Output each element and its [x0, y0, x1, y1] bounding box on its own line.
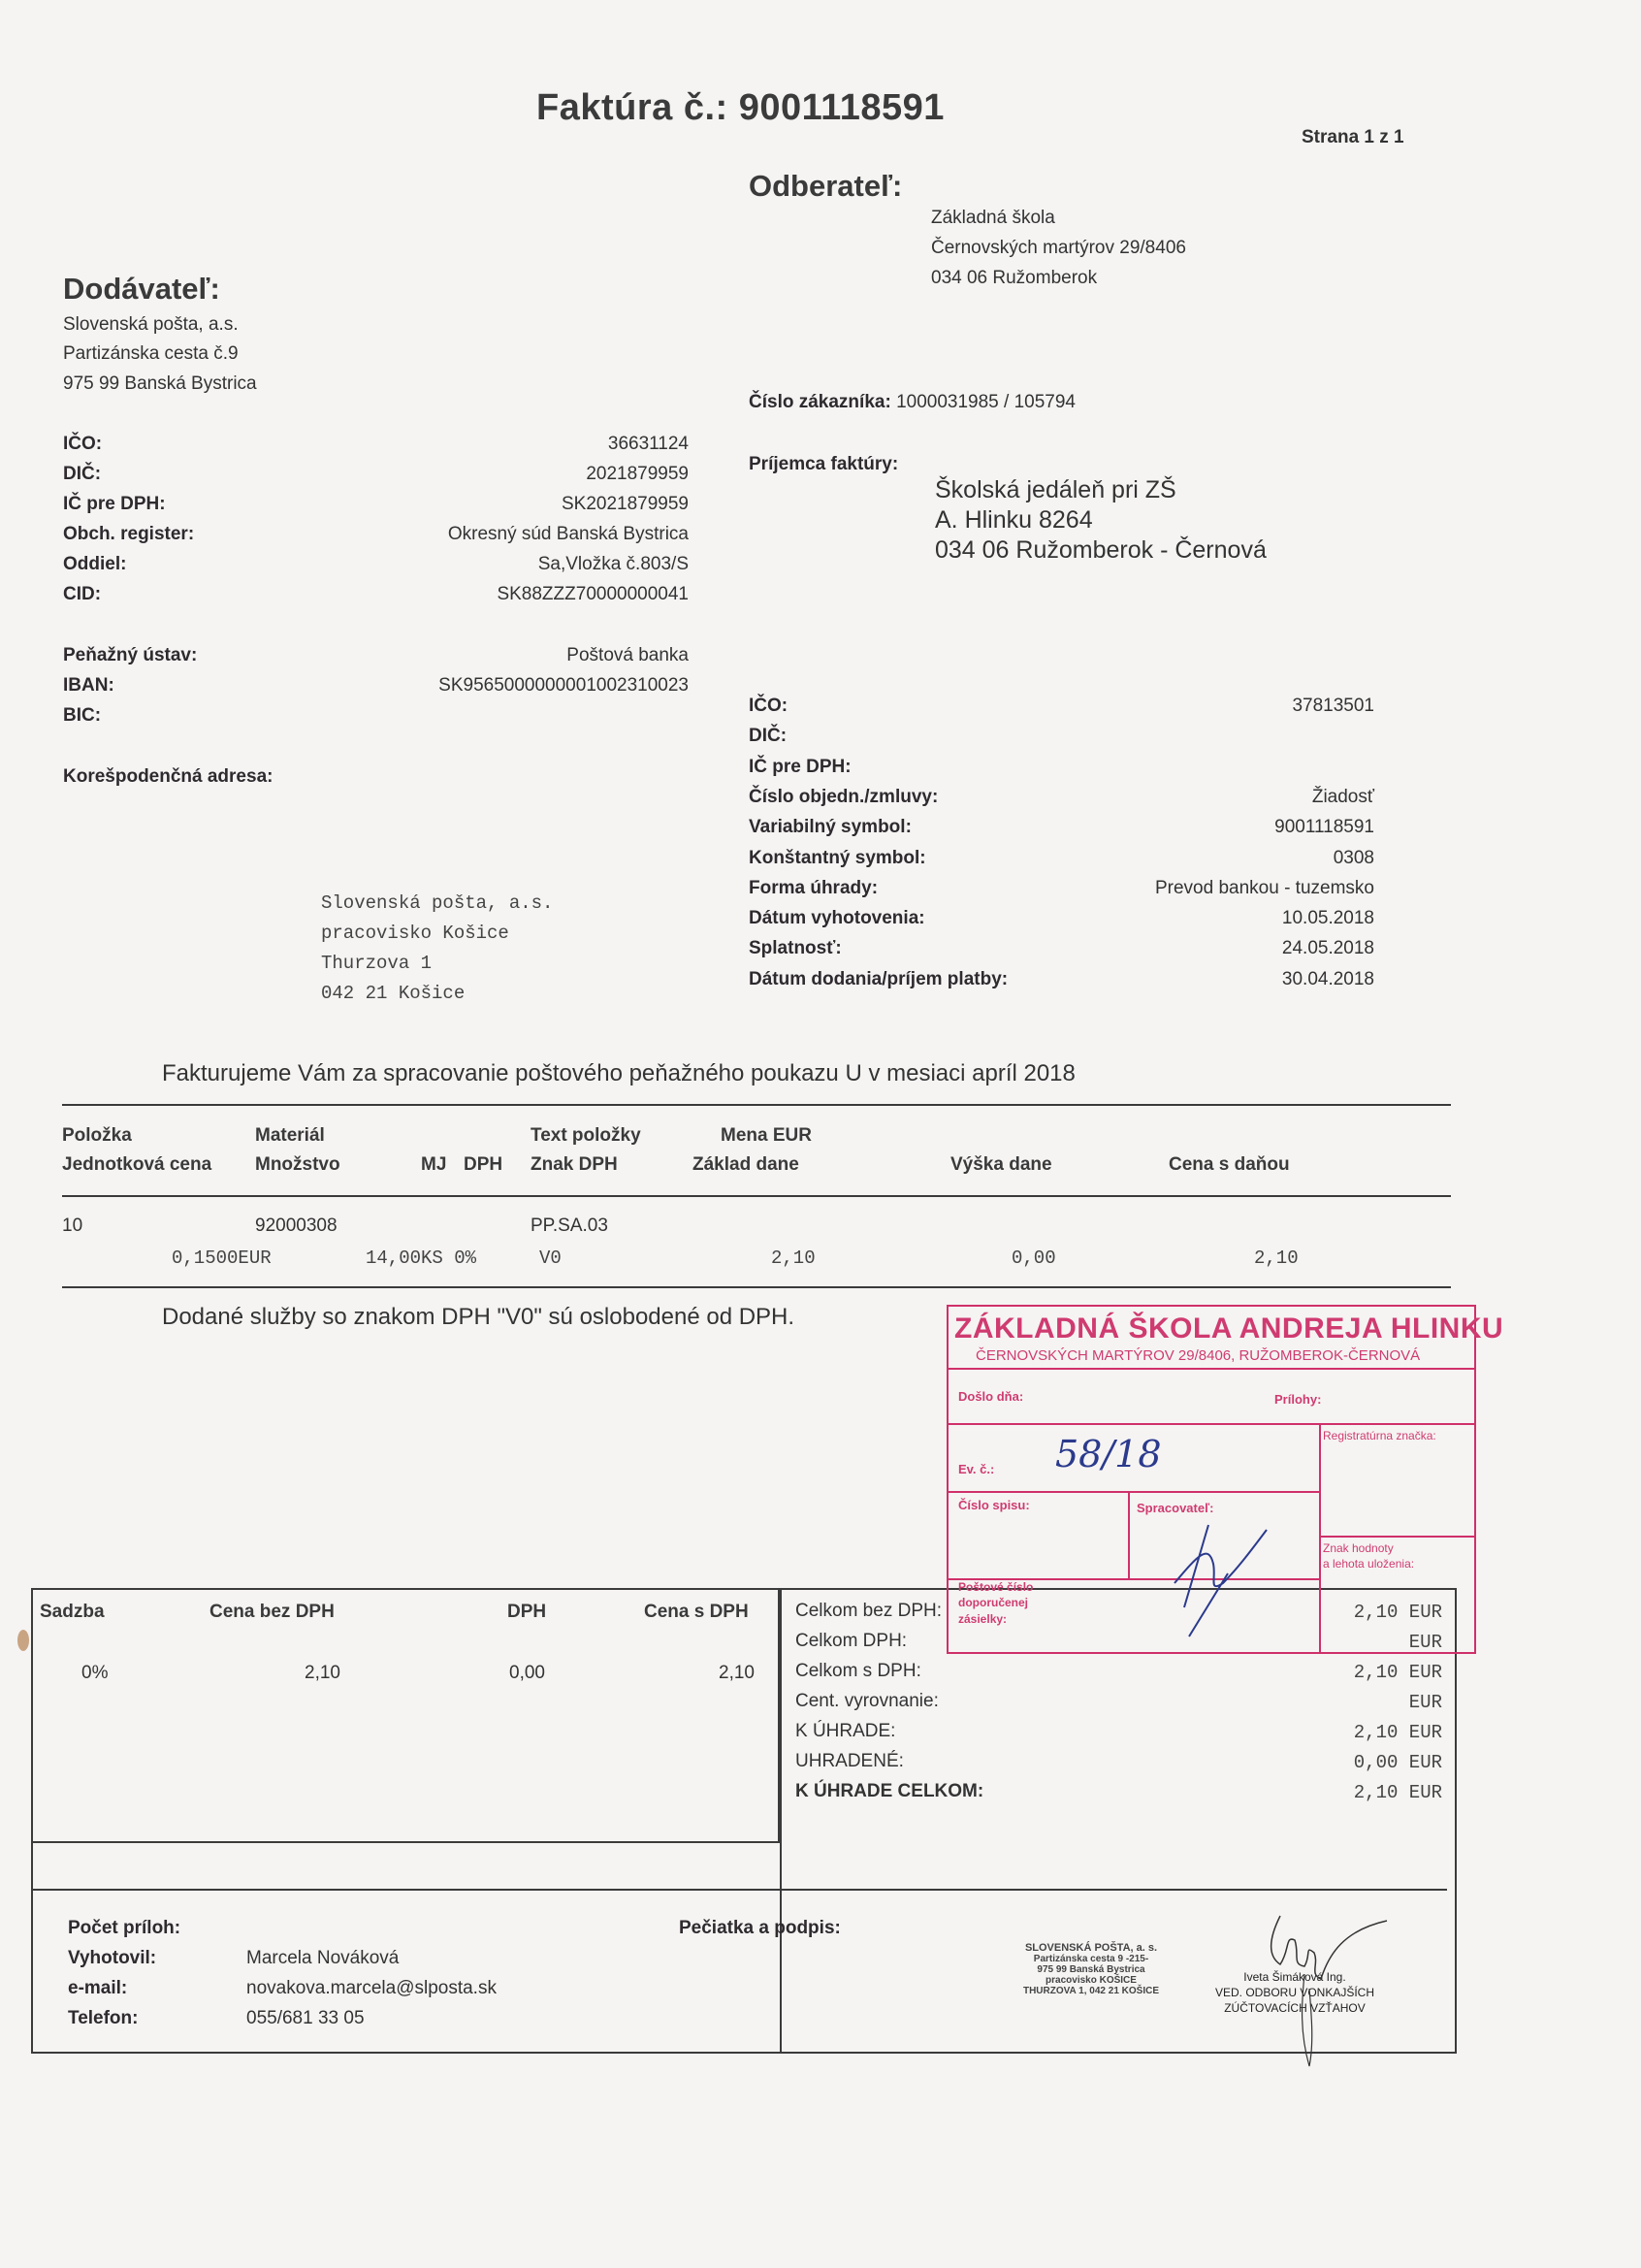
customer-number: Číslo zákazníka: 1000031985 / 105794 [749, 392, 1076, 413]
stamp-divider [1319, 1536, 1474, 1538]
item-tax-base: 2,10 [771, 1247, 816, 1269]
totals-label: Celkom DPH: [795, 1631, 907, 1652]
customer-field-label: IČO: [749, 696, 788, 717]
bank-field-row: BIC: [63, 705, 689, 727]
bank-field-label: IBAN: [63, 675, 114, 697]
totals-label: UHRADENÉ: [795, 1751, 904, 1772]
item-tax-amount: 0,00 [1012, 1247, 1056, 1269]
paper-stain [17, 1630, 29, 1651]
company-stamp-line: pracovisko KOŠICE [1004, 1975, 1178, 1986]
correspondence-line: pracovisko Košice [321, 923, 509, 944]
customer-field-row: Dátum dodania/príjem platby:30.04.2018 [749, 969, 1374, 990]
col-header-vat-code: Znak DPH [531, 1154, 618, 1176]
stamp-title: ZÁKLADNÁ ŠKOLA ANDREJA HLINKU [954, 1312, 1503, 1345]
stamp-registry-label: Registratúrna značka: [1323, 1429, 1436, 1442]
supplier-field-value: SK88ZZZ70000000041 [497, 584, 689, 605]
supplier-field-row: IČO:36631124 [63, 434, 689, 455]
issued-by-label: Vyhotovil: [68, 1948, 156, 1969]
customer-field-label: DIČ: [749, 726, 787, 747]
stamp-subtitle: ČERNOVSKÝCH MARTÝROV 29/8406, RUŽOMBEROK… [976, 1347, 1420, 1364]
customer-field-label: IČ pre DPH: [749, 757, 852, 778]
supplier-field-value: Sa,Vložka č.803/S [538, 554, 689, 575]
stamp-file-label: Číslo spisu: [958, 1498, 1030, 1512]
supplier-field-label: Oddiel: [63, 554, 126, 575]
stamp-registered-label: zásielky: [958, 1612, 1007, 1626]
supplier-field-row: IČ pre DPH:SK2021879959 [63, 494, 689, 515]
stamp-divider [949, 1423, 1474, 1425]
customer-field-label: Dátum vyhotovenia: [749, 908, 925, 929]
stamp-retention-label: Znak hodnoty [1323, 1541, 1394, 1555]
customer-field-row: Číslo objedn./zmluvy:Žiadosť [749, 787, 1374, 808]
correspondence-line: Thurzova 1 [321, 953, 432, 974]
totals-value: 2,10 EUR [1354, 1722, 1442, 1743]
stamp-divider [949, 1491, 1319, 1493]
customer-field-value: 30.04.2018 [1282, 969, 1374, 990]
supplier-field-row: Oddiel:Sa,Vložka č.803/S [63, 554, 689, 575]
supplier-field-row: Obch. register:Okresný súd Banská Bystri… [63, 524, 689, 545]
item-price-with-tax: 2,10 [1254, 1247, 1299, 1269]
stamp-divider [1319, 1423, 1321, 1652]
stamp-processor-label: Spracovateľ: [1137, 1501, 1213, 1515]
customer-field-label: Variabilný symbol: [749, 817, 912, 838]
customer-line: 034 06 Ružomberok [931, 268, 1097, 289]
correspondence-line: 042 21 Košice [321, 983, 465, 1004]
stamp-received-label: Došlo dňa: [958, 1389, 1023, 1404]
bank-field-label: Peňažný ústav: [63, 645, 197, 666]
issued-by: Marcela Nováková [246, 1948, 399, 1969]
correspondence-label: Korešpodenčná adresa: [63, 766, 273, 788]
recipient-line: 034 06 Ružomberok - Černová [935, 536, 1267, 565]
customer-field-row: Dátum vyhotovenia:10.05.2018 [749, 908, 1374, 929]
bank-field-value: Poštová banka [566, 645, 689, 666]
supplier-field-label: DIČ: [63, 464, 101, 485]
signature-scribble [1251, 1896, 1406, 2081]
supplier-field-label: IČO: [63, 434, 102, 455]
company-stamp-line: Partizánska cesta 9 -215- [1004, 1954, 1178, 1964]
company-stamp: SLOVENSKÁ POŠTA, a. s. Partizánska cesta… [1004, 1943, 1178, 1996]
supplier-field-row: CID:SK88ZZZ70000000041 [63, 584, 689, 605]
supplier-field-label: Obch. register: [63, 524, 194, 545]
correspondence-line: Slovenská pošta, a.s. [321, 892, 553, 914]
supplier-heading: Dodávateľ: [63, 272, 220, 307]
customer-field-value: 10.05.2018 [1282, 908, 1374, 929]
totals-label: K ÚHRADE: [795, 1721, 895, 1742]
company-stamp-line: THURZOVA 1, 042 21 KOŠICE [1004, 1986, 1178, 1996]
customer-line: Černovských martýrov 29/8406 [931, 238, 1186, 259]
phone-label: Telefon: [68, 2008, 138, 2029]
supplier-line: Partizánska cesta č.9 [63, 343, 239, 365]
divider [62, 1286, 1451, 1288]
customer-field-value: 0308 [1334, 848, 1374, 869]
supplier-field-value: 36631124 [608, 434, 689, 455]
item-material: 92000308 [255, 1215, 338, 1237]
customer-number-value: 1000031985 / 105794 [896, 392, 1076, 412]
totals-label: Celkom bez DPH: [795, 1601, 942, 1622]
customer-field-row: IČ pre DPH: [749, 757, 1374, 778]
item-vat-code: V0 [539, 1247, 562, 1269]
customer-field-row: Variabilný symbol:9001118591 [749, 817, 1374, 838]
customer-field-value: 24.05.2018 [1282, 938, 1374, 959]
recipient-label: Príjemca faktúry: [749, 454, 898, 475]
col-header-currency: Mena EUR [721, 1125, 812, 1147]
stamp-ev-value: 58/18 [1055, 1433, 1162, 1475]
stamp-retention-label: a lehota uloženia: [1323, 1557, 1414, 1571]
footer-divider [31, 1889, 1447, 1891]
supplier-field-value: Okresný súd Banská Bystrica [448, 524, 689, 545]
intro-text: Fakturujeme Vám za spracovanie poštového… [162, 1060, 1076, 1087]
col-header-quantity: Množstvo [255, 1154, 340, 1176]
bank-field-value: SK9565000000001002310023 [438, 675, 689, 697]
stamp-registered-label: doporučenej [958, 1596, 1028, 1609]
page-indicator: Strana 1 z 1 [1302, 127, 1404, 148]
vat-note: Dodané služby so znakom DPH "V0" sú oslo… [162, 1304, 794, 1331]
processor-signature [1170, 1515, 1276, 1641]
customer-field-value: Prevod bankou - tuzemsko [1155, 878, 1374, 899]
company-stamp-line: SLOVENSKÁ POŠTA, a. s. [1004, 1943, 1178, 1954]
col-header-material: Materiál [255, 1125, 325, 1147]
supplier-field-row: DIČ:2021879959 [63, 464, 689, 485]
supplier-field-label: CID: [63, 584, 101, 605]
invoice-title: Faktúra č.: 9001118591 [536, 87, 945, 129]
bank-field-row: IBAN:SK9565000000001002310023 [63, 675, 689, 697]
phone: 055/681 33 05 [246, 2008, 365, 2029]
stamp-ev-label: Ev. č.: [958, 1462, 994, 1476]
totals-value: EUR [1409, 1692, 1442, 1713]
totals-label: Cent. vyrovnanie: [795, 1691, 939, 1712]
col-header-dph: DPH [464, 1154, 502, 1176]
totals-value: 0,00 EUR [1354, 1752, 1442, 1773]
bank-field-label: BIC: [63, 705, 101, 727]
col-header-mj: MJ [421, 1154, 446, 1176]
customer-field-row: DIČ: [749, 726, 1374, 747]
stamp-registered-label: Poštové číslo [958, 1580, 1033, 1594]
customer-field-row: Forma úhrady:Prevod bankou - tuzemsko [749, 878, 1374, 899]
totals-value: 2,10 EUR [1354, 1782, 1442, 1803]
customer-heading: Odberateľ: [749, 169, 902, 204]
col-header-tax-amount: Výška dane [950, 1154, 1052, 1176]
recipient-line: A. Hlinku 8264 [935, 506, 1093, 535]
attachments-label: Počet príloh: [68, 1918, 180, 1939]
item-position: 10 [62, 1215, 82, 1237]
stamp-divider [949, 1368, 1474, 1370]
divider [62, 1104, 1451, 1106]
supplier-field-value: SK2021879959 [562, 494, 689, 515]
totals-label: Celkom s DPH: [795, 1661, 921, 1682]
totals-value: 2,10 EUR [1354, 1662, 1442, 1683]
divider [62, 1195, 1451, 1197]
col-header-polozka: Položka [62, 1125, 132, 1147]
col-header-tax-base: Základ dane [692, 1154, 799, 1176]
supplier-field-label: IČ pre DPH: [63, 494, 166, 515]
received-stamp: ZÁKLADNÁ ŠKOLA ANDREJA HLINKU ČERNOVSKÝC… [947, 1305, 1476, 1654]
recipient-line: Školská jedáleň pri ZŠ [935, 476, 1176, 504]
item-quantity: 14,00KS 0% [366, 1247, 476, 1269]
customer-line: Základná škola [931, 208, 1055, 229]
totals-label: K ÚHRADE CELKOM: [795, 1781, 983, 1802]
customer-field-label: Číslo objedn./zmluvy: [749, 787, 938, 808]
supplier-field-value: 2021879959 [586, 464, 689, 485]
supplier-line: 975 99 Banská Bystrica [63, 373, 257, 395]
customer-field-label: Dátum dodania/príjem platby: [749, 969, 1008, 990]
col-header-unit-price: Jednotková cena [62, 1154, 211, 1176]
customer-field-label: Forma úhrady: [749, 878, 878, 899]
col-header-text: Text položky [531, 1125, 641, 1147]
email-label: e-mail: [68, 1978, 127, 1999]
supplier-line: Slovenská pošta, a.s. [63, 314, 239, 336]
bank-field-row: Peňažný ústav:Poštová banka [63, 645, 689, 666]
customer-field-value: 9001118591 [1274, 817, 1374, 838]
customer-number-label: Číslo zákazníka: [749, 392, 891, 412]
customer-field-row: Splatnosť:24.05.2018 [749, 938, 1374, 959]
customer-field-value: Žiadosť [1312, 787, 1374, 808]
stamp-signature-label: Pečiatka a podpis: [679, 1918, 841, 1939]
customer-field-label: Splatnosť: [749, 938, 842, 959]
customer-field-value: 37813501 [1292, 696, 1374, 717]
company-stamp-line: 975 99 Banská Bystrica [1004, 1964, 1178, 1975]
col-header-price-with-tax: Cena s daňou [1169, 1154, 1290, 1176]
item-text: PP.SA.03 [531, 1215, 608, 1237]
email: novakova.marcela@slposta.sk [246, 1978, 497, 1999]
stamp-divider [1128, 1491, 1130, 1578]
stamp-attachments-label: Prílohy: [1274, 1392, 1321, 1407]
item-unit-price: 0,1500EUR [172, 1247, 272, 1269]
customer-field-row: Konštantný symbol:0308 [749, 848, 1374, 869]
customer-field-label: Konštantný symbol: [749, 848, 926, 869]
customer-field-row: IČO:37813501 [749, 696, 1374, 717]
